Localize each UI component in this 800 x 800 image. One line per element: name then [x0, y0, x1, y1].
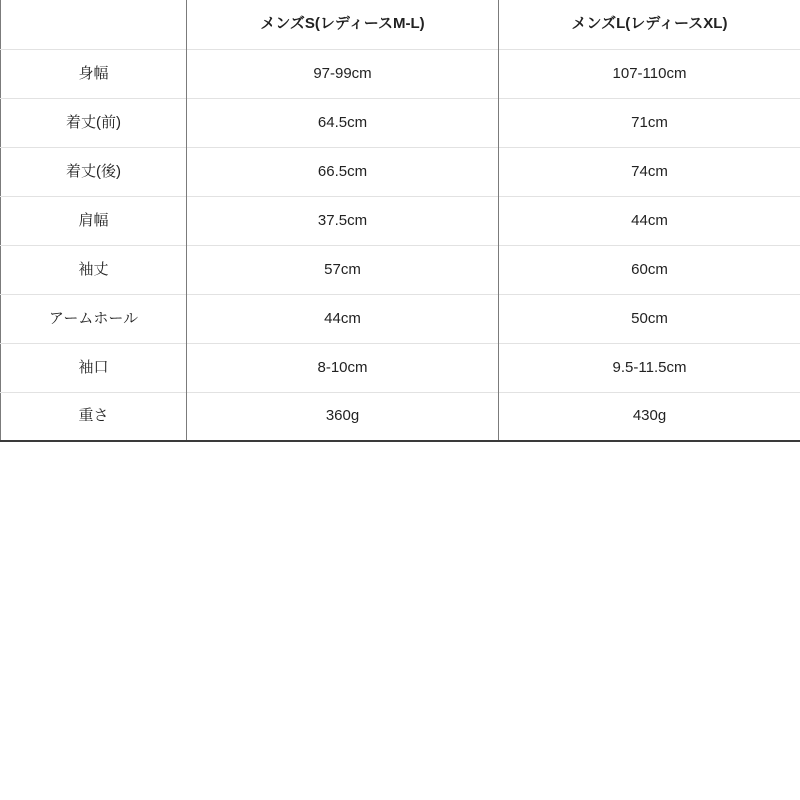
cell-value: 64.5cm: [187, 98, 499, 147]
table-row: 着丈(前)64.5cm71cm: [1, 98, 800, 147]
table-row: 着丈(後)66.5cm74cm: [1, 147, 800, 196]
table-row: 袖丈57cm60cm: [1, 245, 800, 294]
cell-value: 107-110cm: [499, 49, 800, 98]
row-label: アームホール: [1, 294, 187, 343]
table-row: 重さ360g430g: [1, 392, 800, 441]
row-label: 着丈(前): [1, 98, 187, 147]
cell-value: 60cm: [499, 245, 800, 294]
cell-value: 57cm: [187, 245, 499, 294]
column-header-measurement: [1, 0, 187, 49]
cell-value: 66.5cm: [187, 147, 499, 196]
table-row: 肩幅37.5cm44cm: [1, 196, 800, 245]
cell-value: 50cm: [499, 294, 800, 343]
cell-value: 44cm: [187, 294, 499, 343]
row-label: 袖丈: [1, 245, 187, 294]
cell-value: 74cm: [499, 147, 800, 196]
column-header-mens-l: メンズL(レディースXL): [499, 0, 800, 49]
cell-value: 97-99cm: [187, 49, 499, 98]
cell-value: 44cm: [499, 196, 800, 245]
row-label: 肩幅: [1, 196, 187, 245]
cell-value: 9.5-11.5cm: [499, 343, 800, 392]
table-row: アームホール44cm50cm: [1, 294, 800, 343]
cell-value: 8-10cm: [187, 343, 499, 392]
cell-value: 37.5cm: [187, 196, 499, 245]
cell-value: 360g: [187, 392, 499, 441]
size-table-body: 身幅97-99cm107-110cm着丈(前)64.5cm71cm着丈(後)66…: [1, 49, 800, 441]
table-row: 袖口8-10cm9.5-11.5cm: [1, 343, 800, 392]
column-header-mens-s: メンズS(レディースM-L): [187, 0, 499, 49]
row-label: 身幅: [1, 49, 187, 98]
table-row: 身幅97-99cm107-110cm: [1, 49, 800, 98]
row-label: 着丈(後): [1, 147, 187, 196]
cell-value: 430g: [499, 392, 800, 441]
size-chart-table: メンズS(レディースM-L) メンズL(レディースXL) 身幅97-99cm10…: [0, 0, 800, 442]
row-label: 重さ: [1, 392, 187, 441]
row-label: 袖口: [1, 343, 187, 392]
cell-value: 71cm: [499, 98, 800, 147]
header-row: メンズS(レディースM-L) メンズL(レディースXL): [1, 0, 800, 49]
